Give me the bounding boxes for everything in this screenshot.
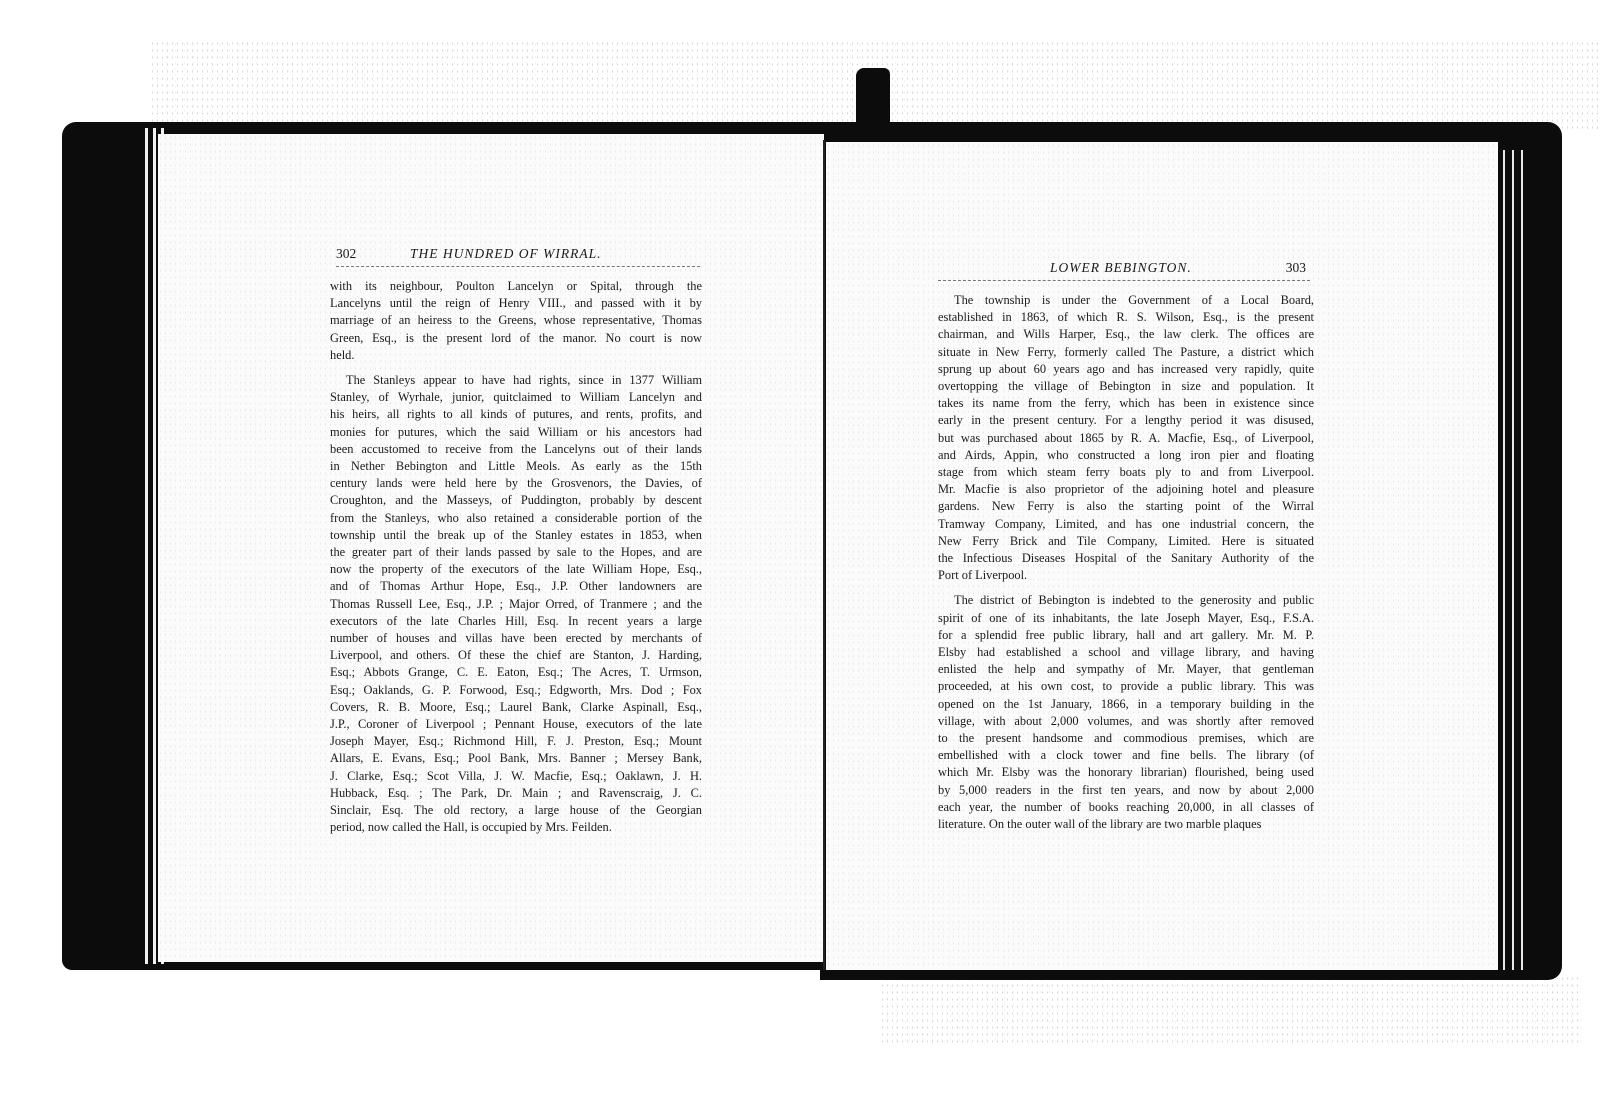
text-line: The district of Bebington is indebted to…: [938, 592, 1314, 609]
paragraph: The Stanleys appear to have had rights, …: [330, 372, 702, 836]
text-line: number of houses and villas have been er…: [330, 630, 702, 647]
text-line: Esq.; Abbots Grange, C. E. Eaton, Esq.; …: [330, 664, 702, 681]
text-line: Croughton, and the Masseys, of Puddingto…: [330, 492, 702, 509]
right-page: LOWER BEBINGTON. 303 . The township is u…: [826, 142, 1498, 970]
text-line: Stanley, of Wyrhale, junior, quitclaimed…: [330, 389, 702, 406]
text-line: century lands were held here by the Gros…: [330, 475, 702, 492]
text-line: village, with about 2,000 volumes, and w…: [938, 713, 1314, 730]
text-line: by 5,000 readers in the first ten years,…: [938, 782, 1314, 799]
paragraph: The district of Bebington is indebted to…: [938, 592, 1314, 833]
book-spine-tab: [856, 68, 890, 138]
text-line: The township is under the Government of …: [938, 292, 1314, 309]
running-title: LOWER BEBINGTON.: [1050, 260, 1192, 276]
left-page: 302 THE HUNDRED OF WIRRAL. . with its ne…: [158, 134, 824, 962]
text-line: and of Thomas Arthur Hope, Esq., J.P. Ot…: [330, 578, 702, 595]
page-edges-right: [1500, 150, 1530, 970]
text-line: J.P., Coroner of Liverpool ; Pennant Hou…: [330, 716, 702, 733]
text-line: Elsby had established a school and villa…: [938, 644, 1314, 661]
text-line: marriage of an heiress to the Greens, wh…: [330, 312, 702, 329]
text-line: Tramway Company, Limited, and has one in…: [938, 516, 1314, 533]
text-line: proceeded, at his own cost, to provide a…: [938, 678, 1314, 695]
text-line: situate in New Ferry, formerly called Th…: [938, 344, 1314, 361]
text-line: enlisted the help and sympathy of Mr. Ma…: [938, 661, 1314, 678]
text-line: takes its name from the ferry, which has…: [938, 395, 1314, 412]
text-line: township until the break up of the Stanl…: [330, 527, 702, 544]
text-line: Allars, E. Evans, Esq.; Pool Bank, Mrs. …: [330, 750, 702, 767]
text-line: period, now called the Hall, is occupied…: [330, 819, 702, 836]
text-line: now the property of the executors of the…: [330, 561, 702, 578]
text-line: with its neighbour, Poulton Lancelyn or …: [330, 278, 702, 295]
text-line: Thomas Russell Lee, Esq., J.P. ; Major O…: [330, 596, 702, 613]
text-line: J. Clarke, Esq.; Scot Villa, J. W. Macfi…: [330, 768, 702, 785]
text-line: which Mr. Elsby was the honorary librari…: [938, 764, 1314, 781]
text-line: early in the present century. For a leng…: [938, 412, 1314, 429]
text-line: stage from which steam ferry boats ply t…: [938, 464, 1314, 481]
body-text-right: The township is under the Government of …: [938, 292, 1314, 833]
text-line: Covers, R. B. Moore, Esq.; Laurel Bank, …: [330, 699, 702, 716]
text-line: held.: [330, 347, 702, 364]
text-line: spirit of one of its inhabitants, the la…: [938, 610, 1314, 627]
text-line: Sinclair, Esq. The old rectory, a large …: [330, 802, 702, 819]
text-line: chairman, and Wills Harper, Esq., the la…: [938, 326, 1314, 343]
text-line: and Airds, Appin, who constructed a long…: [938, 447, 1314, 464]
text-line: Green, Esq., is the present lord of the …: [330, 330, 702, 347]
text-line: to the present handsome and commodious p…: [938, 730, 1314, 747]
text-line: been accustomed to receive from the Lanc…: [330, 441, 702, 458]
page-number: 303: [1286, 260, 1306, 276]
text-line: from the Stanleys, who also retained a c…: [330, 510, 702, 527]
text-line: but was purchased about 1865 by R. A. Ma…: [938, 430, 1314, 447]
text-line: overtopping the village of Bebington in …: [938, 378, 1314, 395]
text-line: The Stanleys appear to have had rights, …: [330, 372, 702, 389]
text-line: opened on the 1st January, 1866, in a te…: [938, 696, 1314, 713]
text-line: monies for putures, which the said Willi…: [330, 424, 702, 441]
text-line: for a splendid free public library, hall…: [938, 627, 1314, 644]
text-line: executors of the late Charles Hill, Esq.…: [330, 613, 702, 630]
running-head-left: 302 THE HUNDRED OF WIRRAL. .: [336, 246, 700, 267]
text-line: Liverpool, and others. Of these the chie…: [330, 647, 702, 664]
text-line: sprung up about 60 years ago and has inc…: [938, 361, 1314, 378]
text-line: Esq.; Oaklands, G. P. Forwood, Esq.; Edg…: [330, 682, 702, 699]
text-line: Lancelyns until the reign of Henry VIII.…: [330, 295, 702, 312]
paragraph: with its neighbour, Poulton Lancelyn or …: [330, 278, 702, 364]
page-number: 302: [336, 246, 356, 262]
text-line: Mr. Macfie is also proprietor of the adj…: [938, 481, 1314, 498]
text-line: Hubback, Esq. ; The Park, Dr. Main ; and…: [330, 785, 702, 802]
body-text-left: with its neighbour, Poulton Lancelyn or …: [330, 278, 702, 837]
running-title: THE HUNDRED OF WIRRAL.: [410, 246, 601, 262]
text-line: each year, the number of books reaching …: [938, 799, 1314, 816]
text-line: literature. On the outer wall of the lib…: [938, 816, 1314, 833]
text-line: the greater part of their lands passed b…: [330, 544, 702, 561]
text-line: gardens. New Ferry is also the starting …: [938, 498, 1314, 515]
text-line: Joseph Mayer, Esq.; Richmond Hill, F. J.…: [330, 733, 702, 750]
text-line: embellished with a clock tower and fine …: [938, 747, 1314, 764]
text-line: his heirs, all rights to all kinds of pu…: [330, 406, 702, 423]
text-line: the Infectious Diseases Hospital of the …: [938, 550, 1314, 567]
scan-noise-bottom: [880, 975, 1580, 1045]
text-line: established in 1863, of which R. S. Wils…: [938, 309, 1314, 326]
running-head-right: LOWER BEBINGTON. 303 .: [938, 260, 1310, 281]
text-line: Port of Liverpool.: [938, 567, 1314, 584]
paragraph: The township is under the Government of …: [938, 292, 1314, 584]
gutter: [823, 140, 825, 970]
text-line: New Ferry Brick and Tile Company, Limite…: [938, 533, 1314, 550]
text-line: in Nether Bebington and Little Meols. As…: [330, 458, 702, 475]
